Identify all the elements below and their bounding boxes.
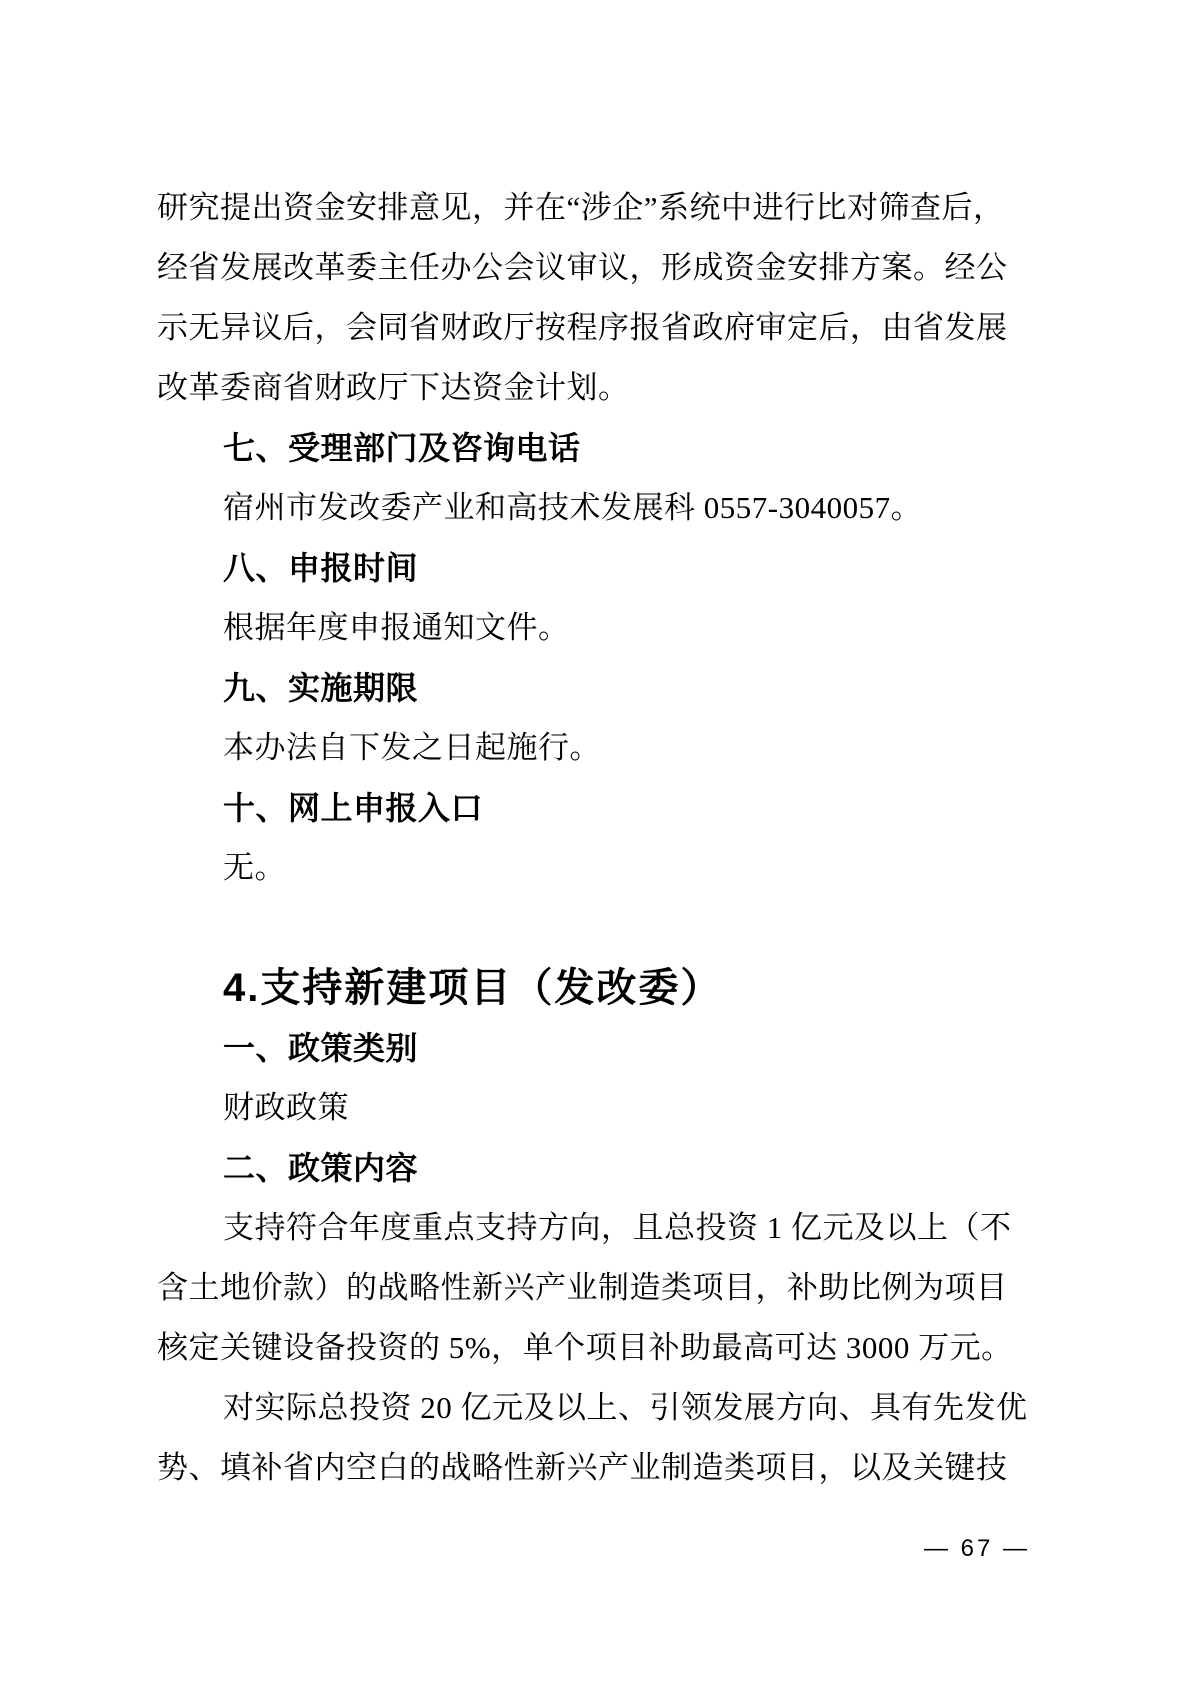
paragraph-line: 对实际总投资 20 亿元及以上、引领发展方向、具有先发优 bbox=[157, 1378, 1043, 1438]
paragraph-line: 改革委商省财政厅下达资金计划。 bbox=[157, 358, 1043, 418]
section8-body: 根据年度申报通知文件。 bbox=[157, 598, 1043, 658]
blank-line bbox=[157, 898, 1043, 958]
paragraph-line: 势、填补省内空白的战略性新兴产业制造类项目，以及关键技 bbox=[157, 1438, 1043, 1498]
document-page: 研究提出资金安排意见，并在“涉企”系统中进行比对筛查后， 经省发展改革委主任办公… bbox=[0, 0, 1190, 1683]
page-number: — 67 — bbox=[924, 1534, 1030, 1564]
chapter-section2-heading: 二、政策内容 bbox=[157, 1138, 1043, 1198]
paragraph-line: 经省发展改革委主任办公会议审议，形成资金安排方案。经公 bbox=[157, 238, 1043, 298]
paragraph-line: 支持符合年度重点支持方向，且总投资 1 亿元及以上（不 bbox=[157, 1198, 1043, 1258]
section9-heading: 九、实施期限 bbox=[157, 658, 1043, 718]
chapter-section1-body: 财政政策 bbox=[157, 1078, 1043, 1138]
section8-heading: 八、申报时间 bbox=[157, 538, 1043, 598]
paragraph-line: 示无异议后，会同省财政厅按程序报省政府审定后，由省发展 bbox=[157, 298, 1043, 358]
section10-body: 无。 bbox=[157, 838, 1043, 898]
paragraph-line: 核定关键设备投资的 5%，单个项目补助最高可达 3000 万元。 bbox=[157, 1318, 1043, 1378]
paragraph-line: 含土地价款）的战略性新兴产业制造类项目，补助比例为项目 bbox=[157, 1258, 1043, 1318]
section10-heading: 十、网上申报入口 bbox=[157, 778, 1043, 838]
section7-heading: 七、受理部门及咨询电话 bbox=[157, 418, 1043, 478]
section9-body: 本办法自下发之日起施行。 bbox=[157, 718, 1043, 778]
document-content: 研究提出资金安排意见，并在“涉企”系统中进行比对筛查后， 经省发展改革委主任办公… bbox=[157, 178, 1043, 1498]
section7-body: 宿州市发改委产业和高技术发展科 0557-3040057。 bbox=[157, 478, 1043, 538]
paragraph-line: 研究提出资金安排意见，并在“涉企”系统中进行比对筛查后， bbox=[157, 178, 1043, 238]
chapter-section1-heading: 一、政策类别 bbox=[157, 1018, 1043, 1078]
chapter-title: 4.支持新建项目（发改委） bbox=[157, 958, 1043, 1018]
